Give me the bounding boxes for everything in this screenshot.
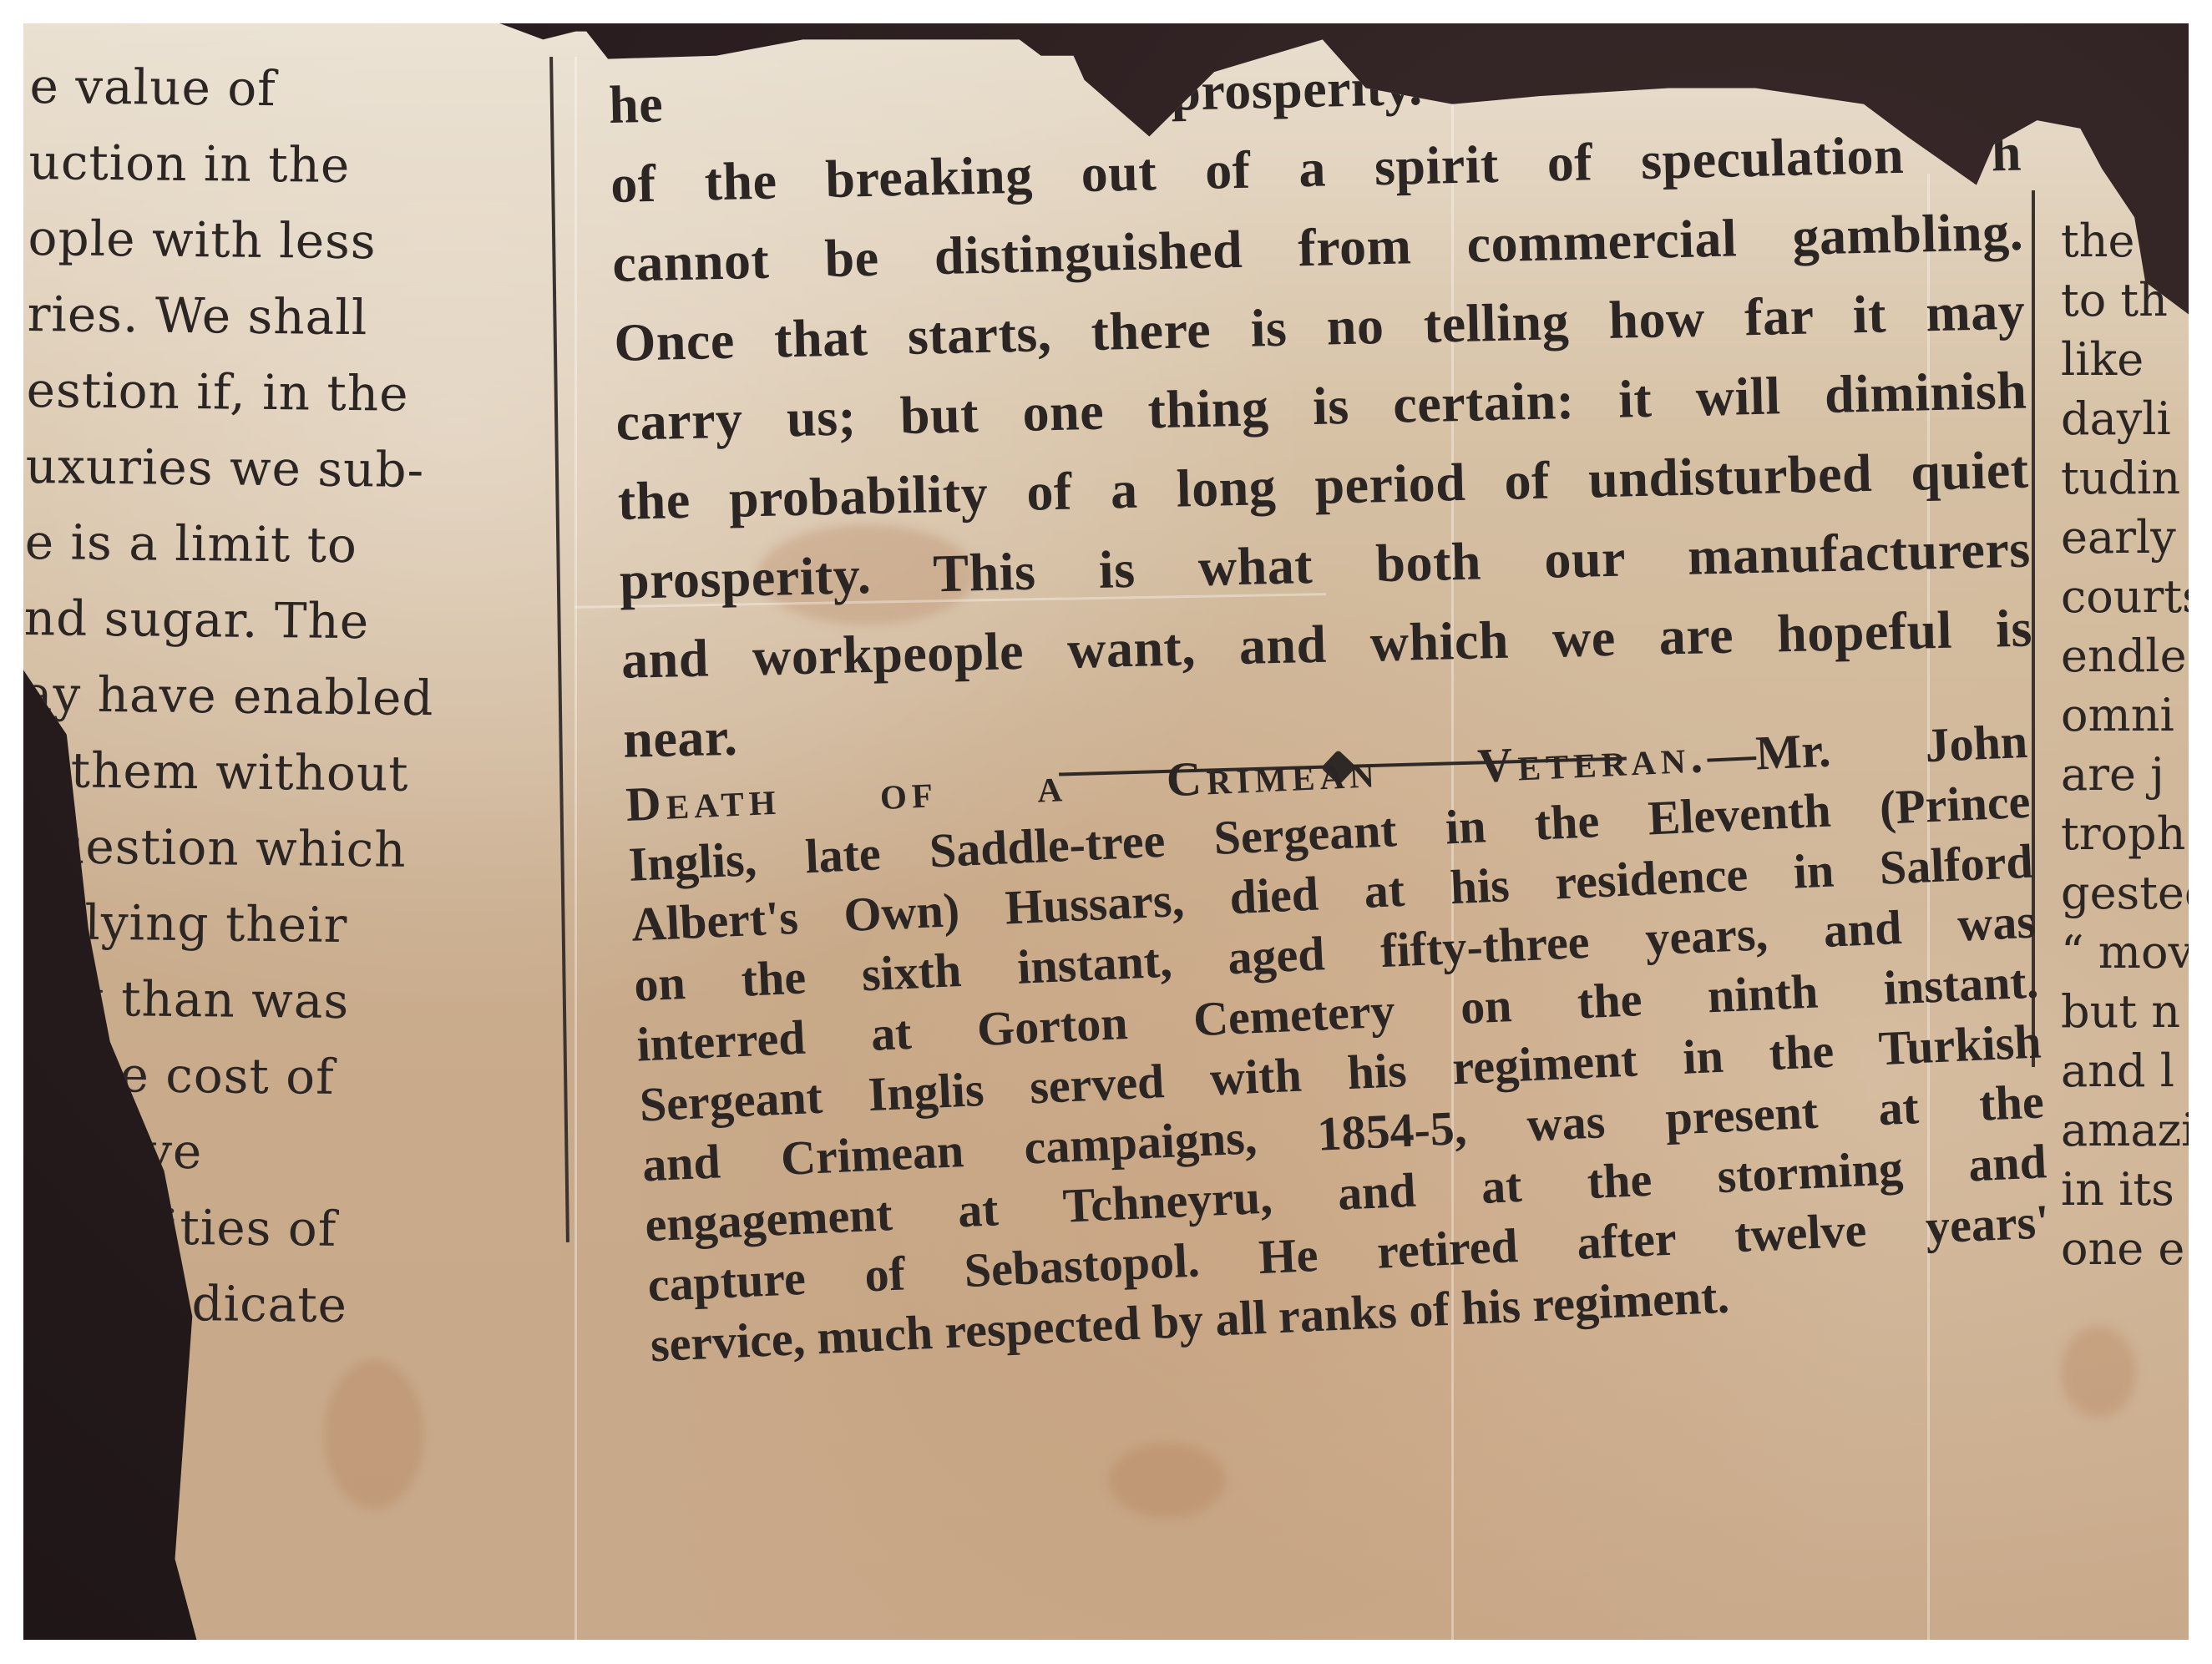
text-line: “ mov <box>2061 923 2189 982</box>
text-line: pplying their <box>23 884 555 966</box>
text-line: question which <box>23 808 556 890</box>
text-line: uxuries we sub- <box>25 428 560 510</box>
left-column-text: e value of uction in the ople with less … <box>23 48 564 1346</box>
text-line: ould indicate <box>23 1264 552 1346</box>
text-line: uction in the <box>28 124 564 206</box>
text-line: to th <box>2061 271 2189 330</box>
text-line: left than was <box>23 960 555 1042</box>
right-column-text: the to th like dayli tudin early courts … <box>2061 211 2189 1278</box>
text-line: dayli <box>2061 389 2189 448</box>
fold-crease <box>575 57 577 1640</box>
text-line: troph <box>2061 804 2189 863</box>
photograph: e value of uction in the ople with less … <box>23 23 2189 1640</box>
text-line: n them without <box>23 732 557 814</box>
text-line: courts <box>2061 567 2189 626</box>
text-line: ay have enabled <box>23 656 558 738</box>
text-line: omni <box>2061 685 2189 745</box>
text-line: but n <box>2061 982 2189 1041</box>
text-line: gested <box>2061 863 2189 923</box>
text-line: tudin <box>2061 448 2189 508</box>
text-line: e is a limit to <box>24 504 559 586</box>
text-line: are j <box>2061 745 2189 804</box>
text-line: early <box>2061 508 2189 567</box>
text-line: and l <box>2061 1041 2189 1100</box>
stain <box>2061 1326 2136 1418</box>
text-line: ries. We shall <box>27 276 562 358</box>
text-line: h the cost of <box>23 1036 554 1118</box>
obituary-article: Death of a Crimean Veteran.—Mr. John Ing… <box>625 711 2053 1375</box>
text-fragment: Mr. John <box>1754 714 2028 781</box>
main-column-text: he prosperity. The of the breaking out o… <box>608 33 2035 779</box>
text-line: the <box>2061 211 2189 271</box>
text-line: in its <box>2061 1160 2189 1219</box>
text-line: quantities of <box>23 1188 553 1270</box>
stain <box>1109 1443 1226 1518</box>
text-line: e value of <box>29 48 564 130</box>
text-line: like <box>2061 330 2189 389</box>
text-line: endle <box>2061 626 2189 685</box>
stain <box>324 1359 424 1510</box>
text-line: ld have <box>23 1112 554 1194</box>
text-line: nd sugar. The <box>23 580 559 662</box>
text-line: amazi <box>2061 1100 2189 1160</box>
text-line: ople with less <box>28 200 563 282</box>
newspaper-clipping: e value of uction in the ople with less … <box>23 23 2189 1640</box>
text-line: one e <box>2061 1219 2189 1278</box>
text-line: estion if, in the <box>26 352 561 434</box>
